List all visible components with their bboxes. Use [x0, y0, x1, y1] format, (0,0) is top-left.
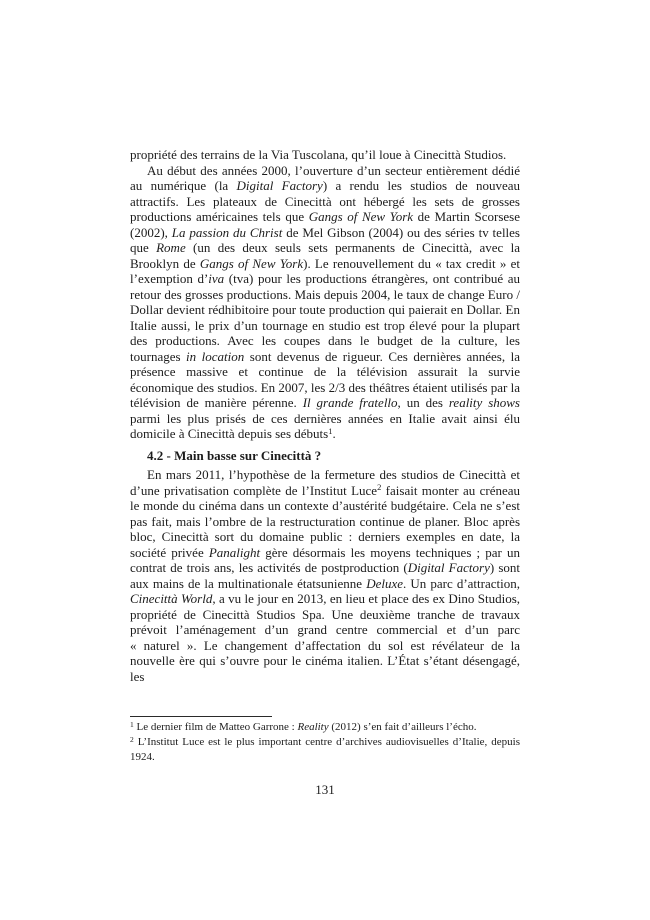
footnote-ref: 1 — [130, 720, 134, 729]
text-segment: . — [332, 426, 335, 441]
text-segment: parmi les plus prisés de ces dernières a… — [130, 411, 520, 442]
footnote: 2 L’Institut Luce est le plus important … — [130, 735, 520, 765]
text-segment: , un des — [398, 395, 449, 410]
italic-text-segment: Gangs of New York — [309, 209, 413, 224]
body-paragraph: propriété des terrains de la Via Tuscola… — [130, 147, 520, 163]
italic-text-segment: Digital Factory — [408, 560, 490, 575]
italic-text-segment: Digital Factory — [237, 178, 323, 193]
text-segment: L’Institut Luce est le plus important ce… — [130, 736, 520, 763]
footnotes-section: 1 Le dernier film de Matteo Garrone : Re… — [130, 716, 520, 765]
italic-text-segment: La passion du Christ — [172, 225, 283, 240]
text-segment: propriété des terrains de la Via Tuscola… — [130, 147, 506, 162]
footnote-ref: 2 — [377, 482, 381, 492]
italic-text-segment: reality shows — [449, 395, 520, 410]
text-segment: (2012) s’en fait d’ailleurs l’écho. — [329, 721, 477, 733]
page-number: 131 — [0, 782, 650, 798]
italic-text-segment: Deluxe — [366, 576, 403, 591]
italic-text-segment: Gangs of New York — [200, 256, 303, 271]
section-heading: 4.2 - Main basse sur Cinecittà ? — [130, 448, 520, 464]
text-segment: Le dernier film de Matteo Garrone : — [134, 721, 298, 733]
italic-text-segment: Panalight — [209, 545, 260, 560]
italic-text-segment: iva — [208, 271, 224, 286]
text-segment: 4.2 - Main basse sur Cinecittà ? — [147, 448, 321, 463]
italic-text-segment: Il grande fratello — [303, 395, 398, 410]
footnote-ref: 1 — [328, 426, 332, 436]
italic-text-segment: in location — [186, 349, 244, 364]
footnote: 1 Le dernier film de Matteo Garrone : Re… — [130, 720, 520, 735]
document-page: propriété des terrains de la Via Tuscola… — [0, 0, 650, 920]
footnote-separator — [130, 716, 272, 717]
footnote-ref: 2 — [130, 735, 134, 744]
body-paragraph: Au début des années 2000, l’ouverture d’… — [130, 163, 520, 442]
italic-text-segment: Cinecittà World — [130, 591, 212, 606]
main-text-block: propriété des terrains de la Via Tuscola… — [130, 147, 520, 684]
footnote-list: 1 Le dernier film de Matteo Garrone : Re… — [130, 720, 520, 765]
italic-text-segment: Rome — [156, 240, 186, 255]
body-paragraph: En mars 2011, l’hypothèse de la fermetur… — [130, 467, 520, 684]
text-segment: . Un parc d’attraction, — [403, 576, 520, 591]
italic-text-segment: Reality — [297, 721, 328, 733]
